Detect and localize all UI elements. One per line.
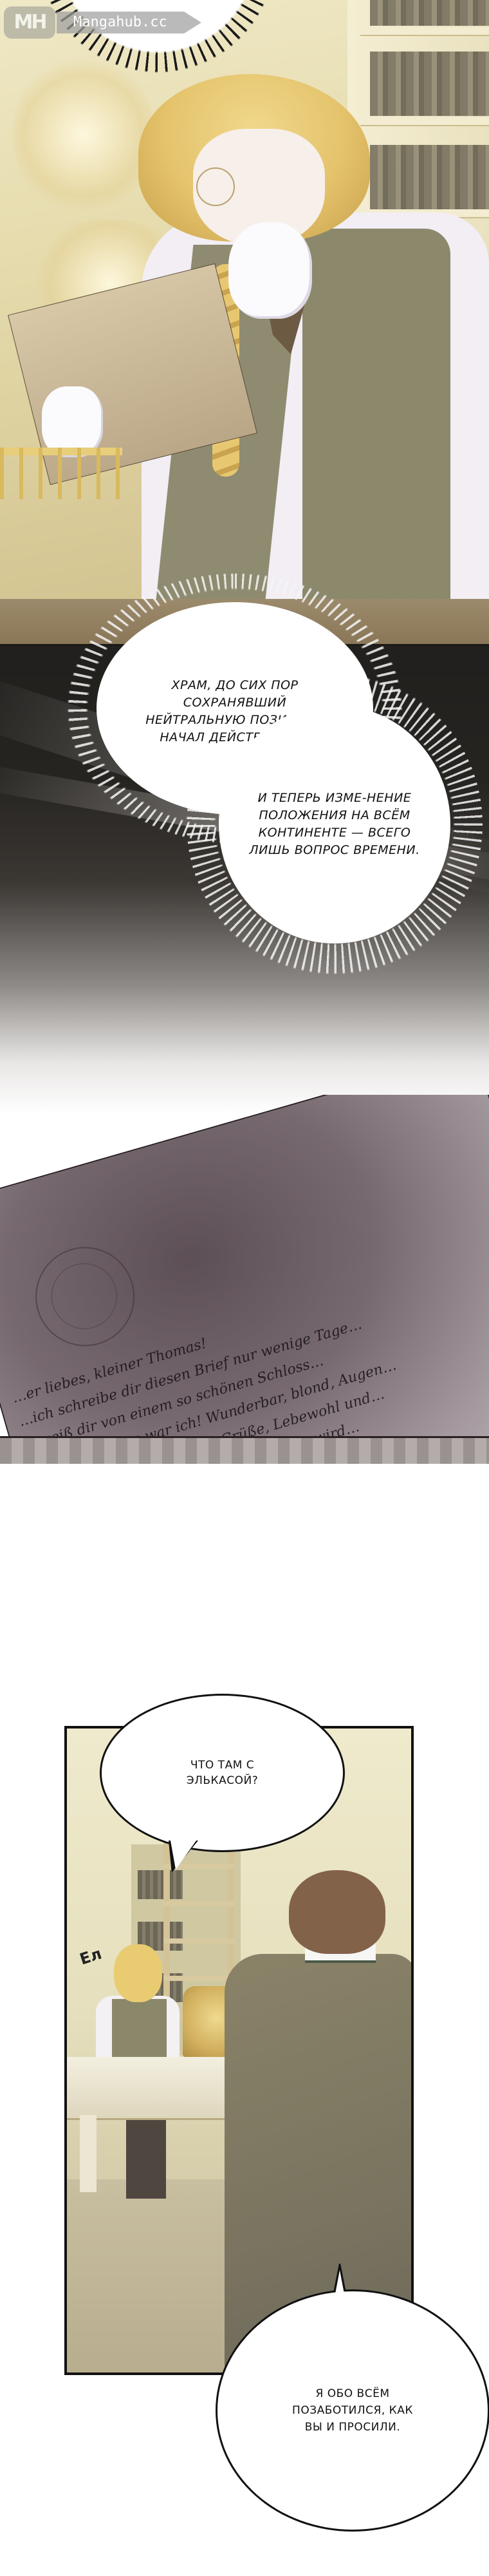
- seated-character-vest: [112, 1999, 167, 2063]
- books: [370, 52, 489, 116]
- books: [370, 0, 489, 26]
- glasses: [196, 167, 235, 206]
- character-vest: [302, 229, 450, 618]
- gloved-hand: [42, 386, 103, 457]
- watermark-text[interactable]: Mangahub.cc: [73, 14, 167, 31]
- sound-effect: Ел: [78, 1944, 104, 1968]
- watermark-logo: MH: [4, 6, 55, 39]
- standing-character-hair: [289, 1870, 385, 1954]
- desk-stand: [0, 448, 122, 499]
- panel-reading-letter: MH Mangahub.cc: [0, 0, 489, 618]
- speech-bubble: Я обо всём позаботился, как вы и просили…: [216, 2289, 489, 2532]
- handwritten-letter: …er liebes, kleiner Thomas! …ich schreib…: [0, 1095, 489, 1455]
- speech-bubble: И теперь изме-нение положения на всём ко…: [219, 705, 450, 943]
- bubble-text: Я обо всём позаботился, как вы и просили…: [288, 2385, 417, 2436]
- panel-letter-closeup: …er liebes, kleiner Thomas! …ich schreib…: [0, 1095, 489, 1455]
- books: [370, 145, 489, 209]
- seated-character-hair: [114, 1944, 162, 2002]
- shelf: [360, 27, 489, 35]
- speech-bubble: Что там с Элькасой?: [100, 1694, 345, 1852]
- hand-on-chin: [228, 222, 312, 319]
- ornamental-band: [0, 1436, 489, 1464]
- wall-ornament: [13, 52, 154, 219]
- bubble-text: И теперь изме-нение положения на всём ко…: [244, 790, 425, 859]
- bubble-text: Что там с Элькасой?: [171, 1757, 274, 1788]
- shelf: [360, 117, 489, 125]
- watermark[interactable]: MH Mangahub.cc: [4, 6, 216, 39]
